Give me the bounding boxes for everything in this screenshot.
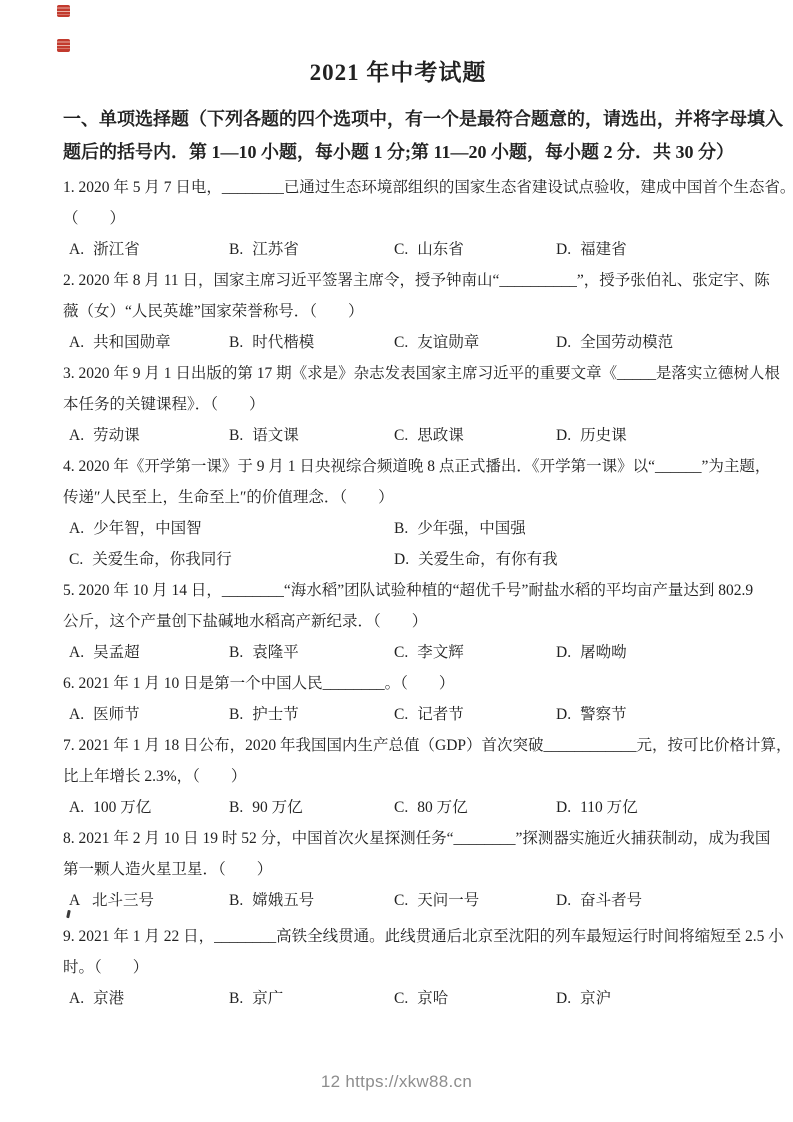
question-6-option-d: D.警察节 <box>556 699 733 730</box>
question-2-option-b: B.时代楷模 <box>229 327 394 358</box>
option-letter: C. <box>394 699 408 730</box>
question-text: 7. 2021 年 1 月 18 日公布，2020 年我国国内生产总值（GDP）… <box>63 730 733 792</box>
question-text: 6. 2021 年 1 月 10 日是第一个中国人民________。（ ） <box>63 668 733 699</box>
option-letter: D. <box>556 885 571 916</box>
option-letter: B. <box>229 699 243 730</box>
option-text: 京港 <box>93 990 124 1007</box>
option-text: 袁隆平 <box>252 644 299 661</box>
question-4-line-1: 4. 2020 年《开学第一课》于 9 月 1 日央视综合频道晚 8 点正式播出… <box>63 451 733 482</box>
question-7-option-b: B.90 万亿 <box>229 792 394 823</box>
option-letter: B. <box>229 234 243 265</box>
question-8: 8. 2021 年 2 月 10 日 19 时 52 分，中国首次火星探测任务“… <box>63 823 733 916</box>
question-2-option-d: D.全国劳动模范 <box>556 327 733 358</box>
question-9-line-1: 9. 2021 年 1 月 22 日，________高铁全线贯通。此线贯通后北… <box>63 921 733 952</box>
question-9-option-d: D.京沪 <box>556 983 733 1014</box>
option-text: 语文课 <box>252 427 299 444</box>
question-1-option-d: D.福建省 <box>556 234 733 265</box>
question-8-option-c: C.天问一号 <box>394 885 556 916</box>
option-letter: B. <box>229 885 243 916</box>
option-letter: A. <box>69 699 84 730</box>
option-text: 关爱生命，你我同行 <box>92 551 232 568</box>
option-text: 110 万亿 <box>580 799 638 816</box>
question-text: 9. 2021 年 1 月 22 日，________高铁全线贯通。此线贯通后北… <box>63 921 733 983</box>
question-6: 6. 2021 年 1 月 10 日是第一个中国人民________。（ ） A… <box>63 668 733 730</box>
option-text: 100 万亿 <box>93 799 151 816</box>
option-text: 山东省 <box>417 241 464 258</box>
question-9-option-c: C.京哈 <box>394 983 556 1014</box>
question-9-line-2: 时。（ ） <box>63 952 733 983</box>
question-7-option-c: C.80 万亿 <box>394 792 556 823</box>
question-5-line-1: 5. 2020 年 10 月 14 日，________“海水稻”团队试验种植的… <box>63 575 733 606</box>
question-6-option-c: C.记者节 <box>394 699 556 730</box>
question-4-option-b: B.少年强，中国强 <box>394 513 733 544</box>
question-options: A.浙江省B.江苏省C.山东省D.福建省 <box>63 234 733 265</box>
question-7-option-d: D.110 万亿 <box>556 792 733 823</box>
question-2-option-a: A.共和国勋章 <box>69 327 229 358</box>
question-options: A.医师节B.护士节C.记者节D.警察节 <box>63 699 733 730</box>
question-4: 4. 2020 年《开学第一课》于 9 月 1 日央视综合频道晚 8 点正式播出… <box>63 451 733 575</box>
option-text: 天问一号 <box>417 892 479 909</box>
option-text: 京哈 <box>417 990 448 1007</box>
question-text: 1. 2020 年 5 月 7 日电，________已通过生态环境部组织的国家… <box>63 172 733 234</box>
question-2: 2. 2020 年 8 月 11 日，国家主席习近平签署主席令，授予钟南山“__… <box>63 265 733 358</box>
question-1-option-c: C.山东省 <box>394 234 556 265</box>
question-4-option-d: D.关爱生命，有你有我 <box>394 544 733 575</box>
option-letter: A. <box>69 234 84 265</box>
option-text: 关爱生命，有你有我 <box>418 551 558 568</box>
question-1: 1. 2020 年 5 月 7 日电，________已通过生态环境部组织的国家… <box>63 172 733 265</box>
question-7-line-2: 比上年增长 2.3%，（ ） <box>63 761 733 792</box>
question-9: 9. 2021 年 1 月 22 日，________高铁全线贯通。此线贯通后北… <box>63 921 733 1014</box>
option-letter: D. <box>556 983 571 1014</box>
question-8-option-b: B.嫦娥五号 <box>229 885 394 916</box>
option-letter: D. <box>556 792 571 823</box>
question-6-option-a: A.医师节 <box>69 699 229 730</box>
option-text: 历史课 <box>580 427 627 444</box>
question-4-option-c: C.关爱生命，你我同行 <box>69 544 394 575</box>
option-text: 90 万亿 <box>252 799 302 816</box>
section-heading-line-1: 一、单项选择题（下列各题的四个选项中，有一个是最符合题意的，请选出，并将字母填入 <box>63 103 733 136</box>
option-letter: D. <box>556 699 571 730</box>
option-text: 江苏省 <box>252 241 299 258</box>
question-5-option-a: A.吴孟超 <box>69 637 229 668</box>
question-options: A.100 万亿B.90 万亿C.80 万亿D.110 万亿 <box>63 792 733 823</box>
option-letter: C. <box>394 327 408 358</box>
question-9-option-b: B.京广 <box>229 983 394 1014</box>
option-letter: D. <box>556 234 571 265</box>
question-1-option-b: B.江苏省 <box>229 234 394 265</box>
question-8-option-d: D.奋斗者号 <box>556 885 733 916</box>
question-3: 3. 2020 年 9 月 1 日出版的第 17 期《求是》杂志发表国家主席习近… <box>63 358 733 451</box>
question-7-option-a: A.100 万亿 <box>69 792 229 823</box>
option-text: 记者节 <box>417 706 464 723</box>
option-text: 友谊勋章 <box>417 334 479 351</box>
option-text: 全国劳动模范 <box>580 334 673 351</box>
question-5-option-d: D.屠呦呦 <box>556 637 733 668</box>
question-text: 8. 2021 年 2 月 10 日 19 时 52 分，中国首次火星探测任务“… <box>63 823 733 885</box>
question-text: 5. 2020 年 10 月 14 日，________“海水稻”团队试验种植的… <box>63 575 733 637</box>
option-letter: C. <box>394 885 408 916</box>
question-options: A.劳动课B.语文课C.思政课D.历史课 <box>63 420 733 451</box>
question-3-option-a: A.劳动课 <box>69 420 229 451</box>
question-options: A.京港B.京广C.京哈D.京沪 <box>63 983 733 1014</box>
option-letter: C. <box>394 792 408 823</box>
option-letter: A. <box>69 327 84 358</box>
option-letter: B. <box>394 513 408 544</box>
option-text: 浙江省 <box>93 241 140 258</box>
option-text: 劳动课 <box>93 427 140 444</box>
option-text: 护士节 <box>252 706 299 723</box>
option-text: 少年智，中国智 <box>93 520 202 537</box>
option-letter: A. <box>69 420 84 451</box>
question-5-option-b: B.袁隆平 <box>229 637 394 668</box>
question-5-option-c: C.李文辉 <box>394 637 556 668</box>
option-text: 医师节 <box>93 706 140 723</box>
option-text: 李文辉 <box>417 644 464 661</box>
option-letter: A. <box>69 792 84 823</box>
option-text: 奋斗者号 <box>580 892 642 909</box>
option-text: 警察节 <box>580 706 627 723</box>
option-letter: C. <box>394 637 408 668</box>
option-letter: B. <box>229 420 243 451</box>
option-text: 屠呦呦 <box>580 644 627 661</box>
footer-watermark-text: 12 https://xkw88.cn <box>321 1072 472 1091</box>
option-letter: B. <box>229 637 243 668</box>
question-8-line-2: 第一颗人造火星卫星．（ ） <box>63 854 733 885</box>
question-1-line-1: 1. 2020 年 5 月 7 日电，________已通过生态环境部组织的国家… <box>63 172 733 203</box>
exam-paper-page: 2021 年中考试题 一、单项选择题（下列各题的四个选项中，有一个是最符合题意的… <box>0 0 793 1122</box>
question-4-line-2: 传递″人民至上，生命至上″的价值理念．（ ） <box>63 482 733 513</box>
option-text: 共和国勋章 <box>93 334 171 351</box>
option-letter: B. <box>229 792 243 823</box>
question-7-line-1: 7. 2021 年 1 月 18 日公布，2020 年我国国内生产总值（GDP）… <box>63 730 733 761</box>
option-letter: A. <box>69 513 84 544</box>
question-6-line-1: 6. 2021 年 1 月 10 日是第一个中国人民________。（ ） <box>63 668 733 699</box>
question-8-line-1: 8. 2021 年 2 月 10 日 19 时 52 分，中国首次火星探测任务“… <box>63 823 733 854</box>
question-text: 3. 2020 年 9 月 1 日出版的第 17 期《求是》杂志发表国家主席习近… <box>63 358 733 420</box>
question-3-line-2: 本任务的关键课程》．（ ） <box>63 389 733 420</box>
option-text: 北斗三号 <box>92 892 154 909</box>
section-heading: 一、单项选择题（下列各题的四个选项中，有一个是最符合题意的，请选出，并将字母填入… <box>63 103 733 169</box>
option-letter: C. <box>394 234 408 265</box>
question-1-line-2: （ ） <box>63 203 733 234</box>
option-text: 京广 <box>252 990 283 1007</box>
option-letter: B. <box>229 327 243 358</box>
section-heading-line-2: 题后的括号内．第 1—10 小题，每小题 1 分;第 11—20 小题，每小题 … <box>63 136 733 169</box>
option-letter: A. <box>69 637 84 668</box>
option-letter: D. <box>556 420 571 451</box>
option-text: 吴孟超 <box>93 644 140 661</box>
question-3-option-c: C.思政课 <box>394 420 556 451</box>
option-text: 少年强，中国强 <box>417 520 526 537</box>
question-1-option-a: A.浙江省 <box>69 234 229 265</box>
red-stamp-mark-bottom <box>57 39 70 52</box>
red-stamp-mark-top <box>57 5 70 17</box>
question-5-line-2: 公斤，这个产量创下盐碱地水稻高产新纪录．（ ） <box>63 606 733 637</box>
option-letter: B. <box>229 983 243 1014</box>
question-options: A北斗三号B.嫦娥五号C.天问一号D.奋斗者号 <box>63 885 733 916</box>
question-options: A.吴孟超B.袁隆平C.李文辉D.屠呦呦 <box>63 637 733 668</box>
question-4-option-a: A.少年智，中国智 <box>69 513 394 544</box>
question-3-line-1: 3. 2020 年 9 月 1 日出版的第 17 期《求是》杂志发表国家主席习近… <box>63 358 733 389</box>
option-letter: A <box>69 885 83 916</box>
page-footer: 12 https://xkw88.cn <box>0 1072 793 1092</box>
question-2-option-c: C.友谊勋章 <box>394 327 556 358</box>
option-text: 嫦娥五号 <box>252 892 314 909</box>
question-6-option-b: B.护士节 <box>229 699 394 730</box>
question-options: A.共和国勋章B.时代楷模C.友谊勋章D.全国劳动模范 <box>63 327 733 358</box>
page-title: 2021 年中考试题 <box>63 57 733 89</box>
option-letter: A. <box>69 983 84 1014</box>
option-letter: D. <box>556 327 571 358</box>
option-letter: C. <box>394 420 408 451</box>
question-text: 4. 2020 年《开学第一课》于 9 月 1 日央视综合频道晚 8 点正式播出… <box>63 451 733 513</box>
option-text: 京沪 <box>580 990 611 1007</box>
question-3-option-b: B.语文课 <box>229 420 394 451</box>
question-9-option-a: A.京港 <box>69 983 229 1014</box>
option-text: 时代楷模 <box>252 334 314 351</box>
option-text: 思政课 <box>417 427 464 444</box>
question-8-option-a: A北斗三号 <box>69 885 229 916</box>
option-text: 福建省 <box>580 241 627 258</box>
option-text: 80 万亿 <box>417 799 467 816</box>
question-7: 7. 2021 年 1 月 18 日公布，2020 年我国国内生产总值（GDP）… <box>63 730 733 823</box>
question-text: 2. 2020 年 8 月 11 日，国家主席习近平签署主席令，授予钟南山“__… <box>63 265 733 327</box>
option-letter: C. <box>69 544 83 575</box>
option-letter: C. <box>394 983 408 1014</box>
question-2-line-2: 薇（女）“人民英雄”国家荣誉称号．（ ） <box>63 296 733 327</box>
option-letter: D. <box>556 637 571 668</box>
question-3-option-d: D.历史课 <box>556 420 733 451</box>
question-5: 5. 2020 年 10 月 14 日，________“海水稻”团队试验种植的… <box>63 575 733 668</box>
questions-list: 1. 2020 年 5 月 7 日电，________已通过生态环境部组织的国家… <box>63 172 733 1014</box>
question-options: A.少年智，中国智B.少年强，中国强C.关爱生命，你我同行D.关爱生命，有你有我 <box>63 513 733 575</box>
option-letter: D. <box>394 544 409 575</box>
question-2-line-1: 2. 2020 年 8 月 11 日，国家主席习近平签署主席令，授予钟南山“__… <box>63 265 733 296</box>
